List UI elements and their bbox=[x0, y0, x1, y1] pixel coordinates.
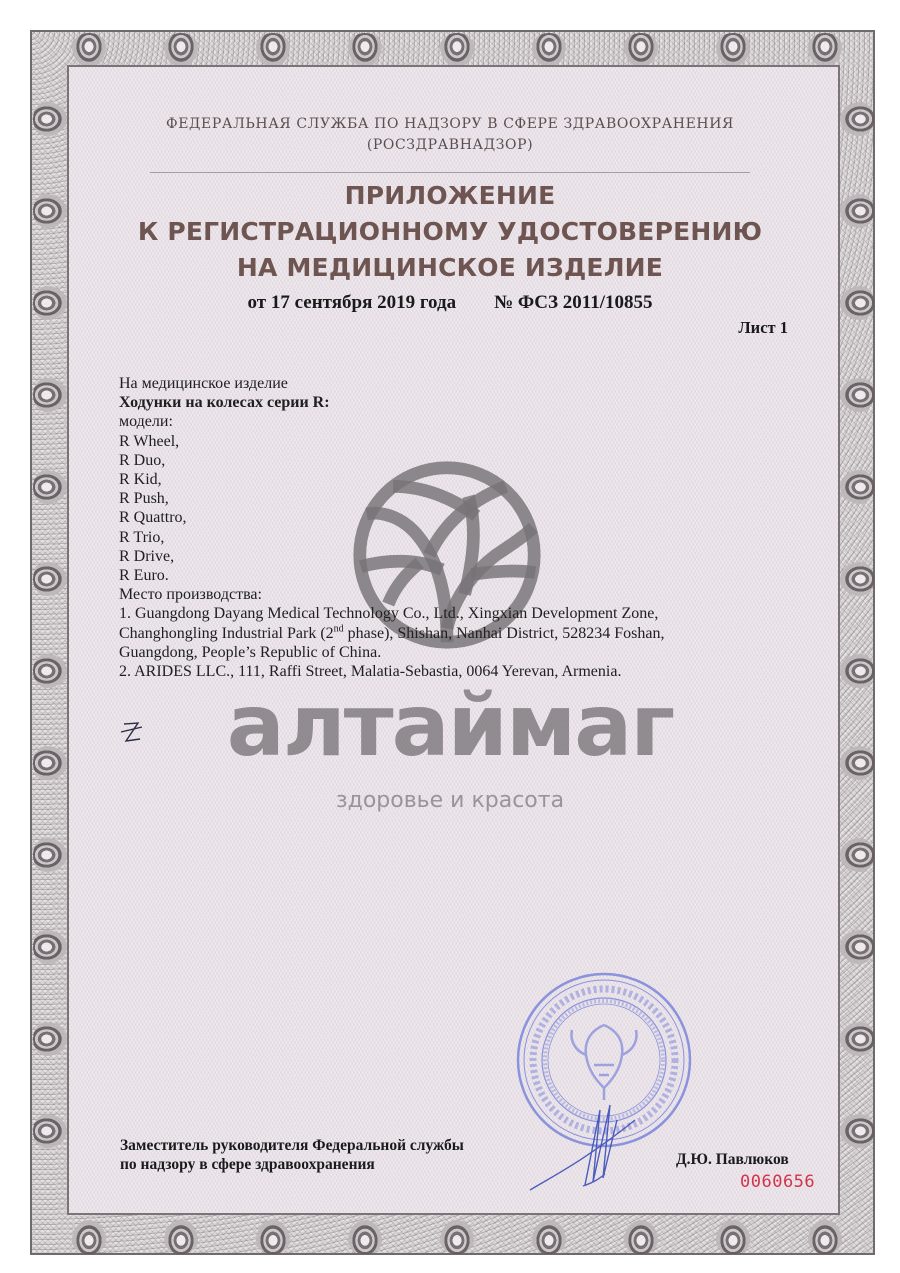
manufacturing-label: Место производства: bbox=[119, 585, 665, 604]
agency-name: ФЕДЕРАЛЬНАЯ СЛУЖБА ПО НАДЗОРУ В СФЕРЕ ЗД… bbox=[0, 114, 900, 135]
border-ornament-icon bbox=[33, 930, 67, 964]
agency-abbrev: (РОСЗДРАВНАДЗОР) bbox=[0, 135, 900, 156]
document-body: На медицинское изделие Ходунки на колеса… bbox=[119, 374, 665, 681]
border-ornament-icon bbox=[33, 378, 67, 412]
watermark-tagline: здоровье и красота bbox=[0, 788, 900, 813]
border-ornament-icon bbox=[716, 1220, 750, 1254]
border-ornament-icon bbox=[808, 1220, 842, 1254]
sheet-number: Лист 1 bbox=[738, 318, 788, 338]
serial-number: 0060656 bbox=[740, 1172, 815, 1192]
border-ornament-icon bbox=[72, 33, 106, 67]
handwritten-initial-mark bbox=[118, 715, 158, 745]
title-line-3: НА МЕДИЦИНСКОЕ ИЗДЕЛИЕ bbox=[0, 250, 900, 286]
border-ornament-icon bbox=[440, 33, 474, 67]
border-ornament-icon bbox=[256, 33, 290, 67]
title-line-2: К РЕГИСТРАЦИОННОМУ УДОСТОВЕРЕНИЮ bbox=[0, 214, 900, 250]
model-item: R Push, bbox=[119, 489, 665, 508]
border-ornament-icon bbox=[624, 33, 658, 67]
manufacturing-site-1-line-3: Guangdong, People’s Republic of China. bbox=[119, 643, 665, 662]
model-item: R Duo, bbox=[119, 451, 665, 470]
border-ornament-icon bbox=[72, 1220, 106, 1254]
model-item: R Wheel, bbox=[119, 432, 665, 451]
manufacturing-site-2: 2. ARIDES LLC., 111, Raffi Street, Malat… bbox=[119, 662, 665, 681]
border-ornament-icon bbox=[840, 562, 874, 596]
manufacturing-site-1-line-2: Changhongling Industrial Park (2nd phase… bbox=[119, 624, 665, 643]
model-item: R Drive, bbox=[119, 547, 665, 566]
registration-date: от 17 сентября 2019 года bbox=[248, 292, 457, 313]
border-ornament-icon bbox=[532, 1220, 566, 1254]
border-ornament-icon bbox=[33, 1114, 67, 1148]
border-ornament-icon bbox=[440, 1220, 474, 1254]
signatory-position: Заместитель руководителя Федеральной слу… bbox=[120, 1136, 464, 1174]
border-ornament-icon bbox=[348, 1220, 382, 1254]
header-divider bbox=[150, 172, 750, 173]
border-ornament-icon bbox=[840, 930, 874, 964]
document-title: ПРИЛОЖЕНИЕ К РЕГИСТРАЦИОННОМУ УДОСТОВЕРЕ… bbox=[0, 178, 900, 286]
border-ornament-icon bbox=[164, 33, 198, 67]
registration-number: № ФСЗ 2011/10855 bbox=[494, 292, 652, 313]
border-ornament-icon bbox=[348, 33, 382, 67]
model-item: R Kid, bbox=[119, 470, 665, 489]
intro-text: На медицинское изделие bbox=[119, 374, 665, 393]
border-ornament-icon bbox=[33, 1022, 67, 1056]
border-ornament-icon bbox=[624, 1220, 658, 1254]
title-line-1: ПРИЛОЖЕНИЕ bbox=[0, 178, 900, 214]
border-ornament-icon bbox=[840, 1022, 874, 1056]
border-ornament-icon bbox=[716, 33, 750, 67]
border-ornament-icon bbox=[33, 470, 67, 504]
model-item: R Euro. bbox=[119, 566, 665, 585]
product-name: Ходунки на колесах серии R: bbox=[119, 393, 665, 412]
signatory-name: Д.Ю. Павлюков bbox=[676, 1151, 789, 1169]
border-ornament-icon bbox=[840, 378, 874, 412]
handwritten-signature bbox=[525, 1090, 645, 1200]
border-ornament-icon bbox=[33, 562, 67, 596]
border-ornament-icon bbox=[840, 470, 874, 504]
border-ornament-icon bbox=[33, 838, 67, 872]
model-item: R Quattro, bbox=[119, 508, 665, 527]
border-ornament-icon bbox=[532, 33, 566, 67]
border-ornament-icon bbox=[164, 1220, 198, 1254]
border-ornament-icon bbox=[256, 1220, 290, 1254]
models-label: модели: bbox=[119, 412, 665, 431]
models-list: R Wheel,R Duo,R Kid,R Push,R Quattro,R T… bbox=[119, 432, 665, 586]
registration-line: от 17 сентября 2019 года№ ФСЗ 2011/10855 bbox=[0, 292, 900, 314]
border-ornament-icon bbox=[840, 838, 874, 872]
border-ornament-icon bbox=[840, 1114, 874, 1148]
model-item: R Trio, bbox=[119, 528, 665, 547]
agency-header: ФЕДЕРАЛЬНАЯ СЛУЖБА ПО НАДЗОРУ В СФЕРЕ ЗД… bbox=[0, 114, 900, 156]
manufacturing-site-1-line-1: 1. Guangdong Dayang Medical Technology C… bbox=[119, 604, 665, 623]
border-ornament-icon bbox=[808, 33, 842, 67]
